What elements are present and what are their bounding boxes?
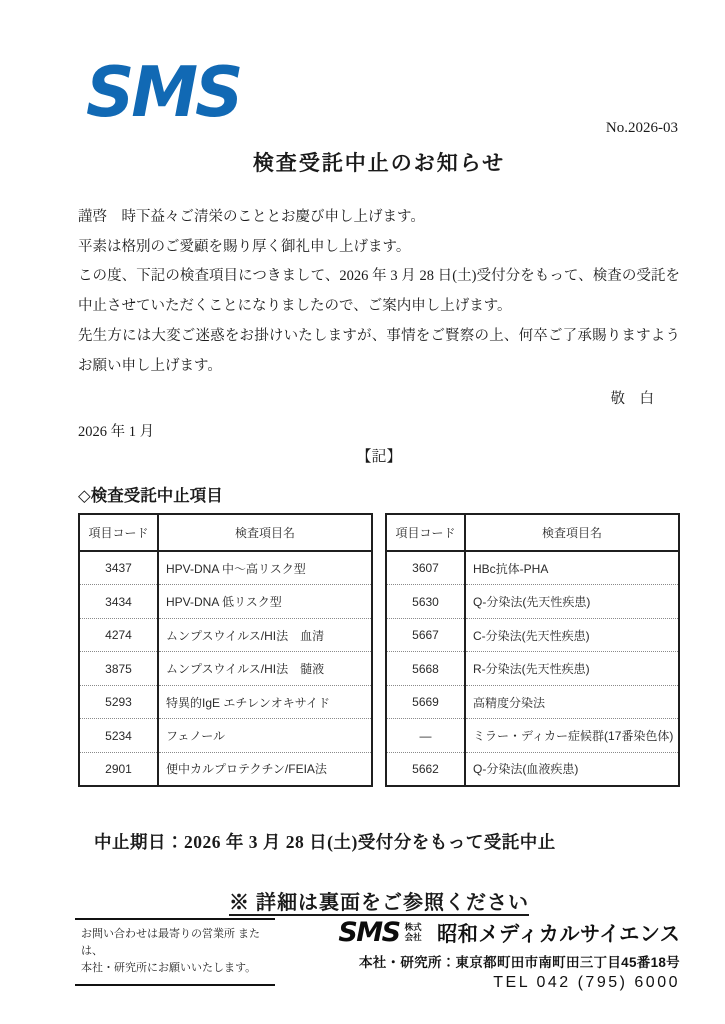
issue-date: 2026 年 1 月 xyxy=(78,420,680,441)
company-name-row: SMS 株式 会社 昭和メディカルサイエンス xyxy=(338,918,680,948)
table-row: 5293 特異的IgE エチレンオキサイド xyxy=(79,685,372,719)
company-address: 本社・研究所：東京都町田市南町田三丁目45番18号 xyxy=(338,951,680,971)
item-name: 高精度分染法 xyxy=(465,685,679,719)
column-header-item-code: 項目コード xyxy=(386,514,465,551)
suspended-items-tables: 項目コード 検査項目名 3437 HPV-DNA 中〜高リスク型 3434 HP… xyxy=(78,513,680,787)
item-code: 3607 xyxy=(386,551,465,585)
column-header-item-name: 検査項目名 xyxy=(158,514,372,551)
table-row: 3437 HPV-DNA 中〜高リスク型 xyxy=(79,551,372,585)
item-code: 3434 xyxy=(79,585,158,619)
table-header-row: 項目コード 検査項目名 xyxy=(386,514,679,551)
item-code: 5669 xyxy=(386,685,465,719)
see-reverse-note: ※ 詳細は裏面をご参照ください xyxy=(78,886,680,915)
paragraph-announcement: この度、下記の検査項目につきまして、2026 年 3 月 28 日(土)受付分を… xyxy=(78,262,680,321)
letter-body: 謹啓 時下益々ご清栄のこととお慶び申し上げます。 平素は格別のご愛顧を賜り厚く御… xyxy=(78,203,680,381)
paragraph-greeting: 謹啓 時下益々ご清栄のこととお慶び申し上げます。 xyxy=(78,203,680,233)
table-row: 5662 Q-分染法(血液疾患) xyxy=(386,752,679,786)
closing-salutation: 敬 白 xyxy=(78,387,680,408)
item-code: 4274 xyxy=(79,618,158,652)
paragraph-apology: 先生方には大変ご迷惑をお掛けいたしますが、事情をご賢察の上、何卒ご了承賜りますよ… xyxy=(78,322,680,381)
item-code: 5293 xyxy=(79,685,158,719)
item-code: 5668 xyxy=(386,652,465,686)
document-page: SMS No.2026-03 検査受託中止のお知らせ 謹啓 時下益々ご清栄のこと… xyxy=(0,0,725,1024)
item-code: 5662 xyxy=(386,752,465,786)
page-title: 検査受託中止のお知らせ xyxy=(78,147,680,177)
table-row: 5669 高精度分染法 xyxy=(386,685,679,719)
company-tel: TEL 042 (795) 6000 xyxy=(338,974,680,992)
item-name: HPV-DNA 中〜高リスク型 xyxy=(158,551,372,585)
item-name: Q-分染法(先天性疾患) xyxy=(465,585,679,619)
item-name: ミラー・ディカー症候群(17番染色体) xyxy=(465,719,679,753)
table-header-row: 項目コード 検査項目名 xyxy=(79,514,372,551)
item-code: 3875 xyxy=(79,652,158,686)
record-mark: 【記】 xyxy=(78,445,680,466)
table-row: 5667 C-分染法(先天性疾患) xyxy=(386,618,679,652)
item-code: 2901 xyxy=(79,752,158,786)
item-name: 便中カルプロテクチン/FEIA法 xyxy=(158,752,372,786)
item-name: HPV-DNA 低リスク型 xyxy=(158,585,372,619)
suspension-deadline: 中止期日：2026 年 3 月 28 日(土)受付分をもって受託中止 xyxy=(94,829,680,854)
contact-note-box: お問い合わせは最寄りの営業所 または、 本社・研究所にお願いいたします。 xyxy=(75,918,275,986)
table-row: 2901 便中カルプロテクチン/FEIA法 xyxy=(79,752,372,786)
table-row: 5630 Q-分染法(先天性疾患) xyxy=(386,585,679,619)
sms-logo: SMS xyxy=(86,50,240,136)
table-row: 3875 ムンプスウイルス/HI法 髄液 xyxy=(79,652,372,686)
item-name: 特異的IgE エチレンオキサイド xyxy=(158,685,372,719)
contact-note-line2: 本社・研究所にお願いいたします。 xyxy=(81,960,271,977)
contact-note-line1: お問い合わせは最寄りの営業所 または、 xyxy=(81,926,271,960)
table-row: 5234 フェノール xyxy=(79,719,372,753)
company-block: SMS 株式 会社 昭和メディカルサイエンス 本社・研究所：東京都町田市南町田三… xyxy=(338,918,680,992)
item-code: 5234 xyxy=(79,719,158,753)
suspended-items-table-right: 項目コード 検査項目名 3607 HBc抗体-PHA 5630 Q-分染法(先天… xyxy=(385,513,680,787)
item-name: フェノール xyxy=(158,719,372,753)
table-row: 3434 HPV-DNA 低リスク型 xyxy=(79,585,372,619)
item-name: HBc抗体-PHA xyxy=(465,551,679,585)
item-code: 3437 xyxy=(79,551,158,585)
column-header-item-name: 検査項目名 xyxy=(465,514,679,551)
section-heading: ◇検査受託中止項目 xyxy=(78,482,680,506)
paragraph-thanks: 平素は格別のご愛顧を賜り厚く御礼申し上げます。 xyxy=(78,233,680,263)
item-name: ムンプスウイルス/HI法 髄液 xyxy=(158,652,372,686)
table-row: 4274 ムンプスウイルス/HI法 血清 xyxy=(79,618,372,652)
suspended-items-table-left: 項目コード 検査項目名 3437 HPV-DNA 中〜高リスク型 3434 HP… xyxy=(78,513,373,787)
company-name: 昭和メディカルサイエンス xyxy=(437,918,680,948)
corporate-prefix: 株式 会社 xyxy=(405,923,422,943)
table-row: 3607 HBc抗体-PHA xyxy=(386,551,679,585)
column-header-item-code: 項目コード xyxy=(79,514,158,551)
item-code: 5667 xyxy=(386,618,465,652)
table-row: 5668 R-分染法(先天性疾患) xyxy=(386,652,679,686)
item-code: 5630 xyxy=(386,585,465,619)
item-name: R-分染法(先天性疾患) xyxy=(465,652,679,686)
footer: お問い合わせは最寄りの営業所 または、 本社・研究所にお願いいたします。 SMS… xyxy=(75,918,680,992)
item-name: ムンプスウイルス/HI法 血清 xyxy=(158,618,372,652)
item-name: C-分染法(先天性疾患) xyxy=(465,618,679,652)
item-name: Q-分染法(血液疾患) xyxy=(465,752,679,786)
sms-footer-logo: SMS xyxy=(338,919,399,947)
table-row: ― ミラー・ディカー症候群(17番染色体) xyxy=(386,719,679,753)
item-code: ― xyxy=(386,719,465,753)
